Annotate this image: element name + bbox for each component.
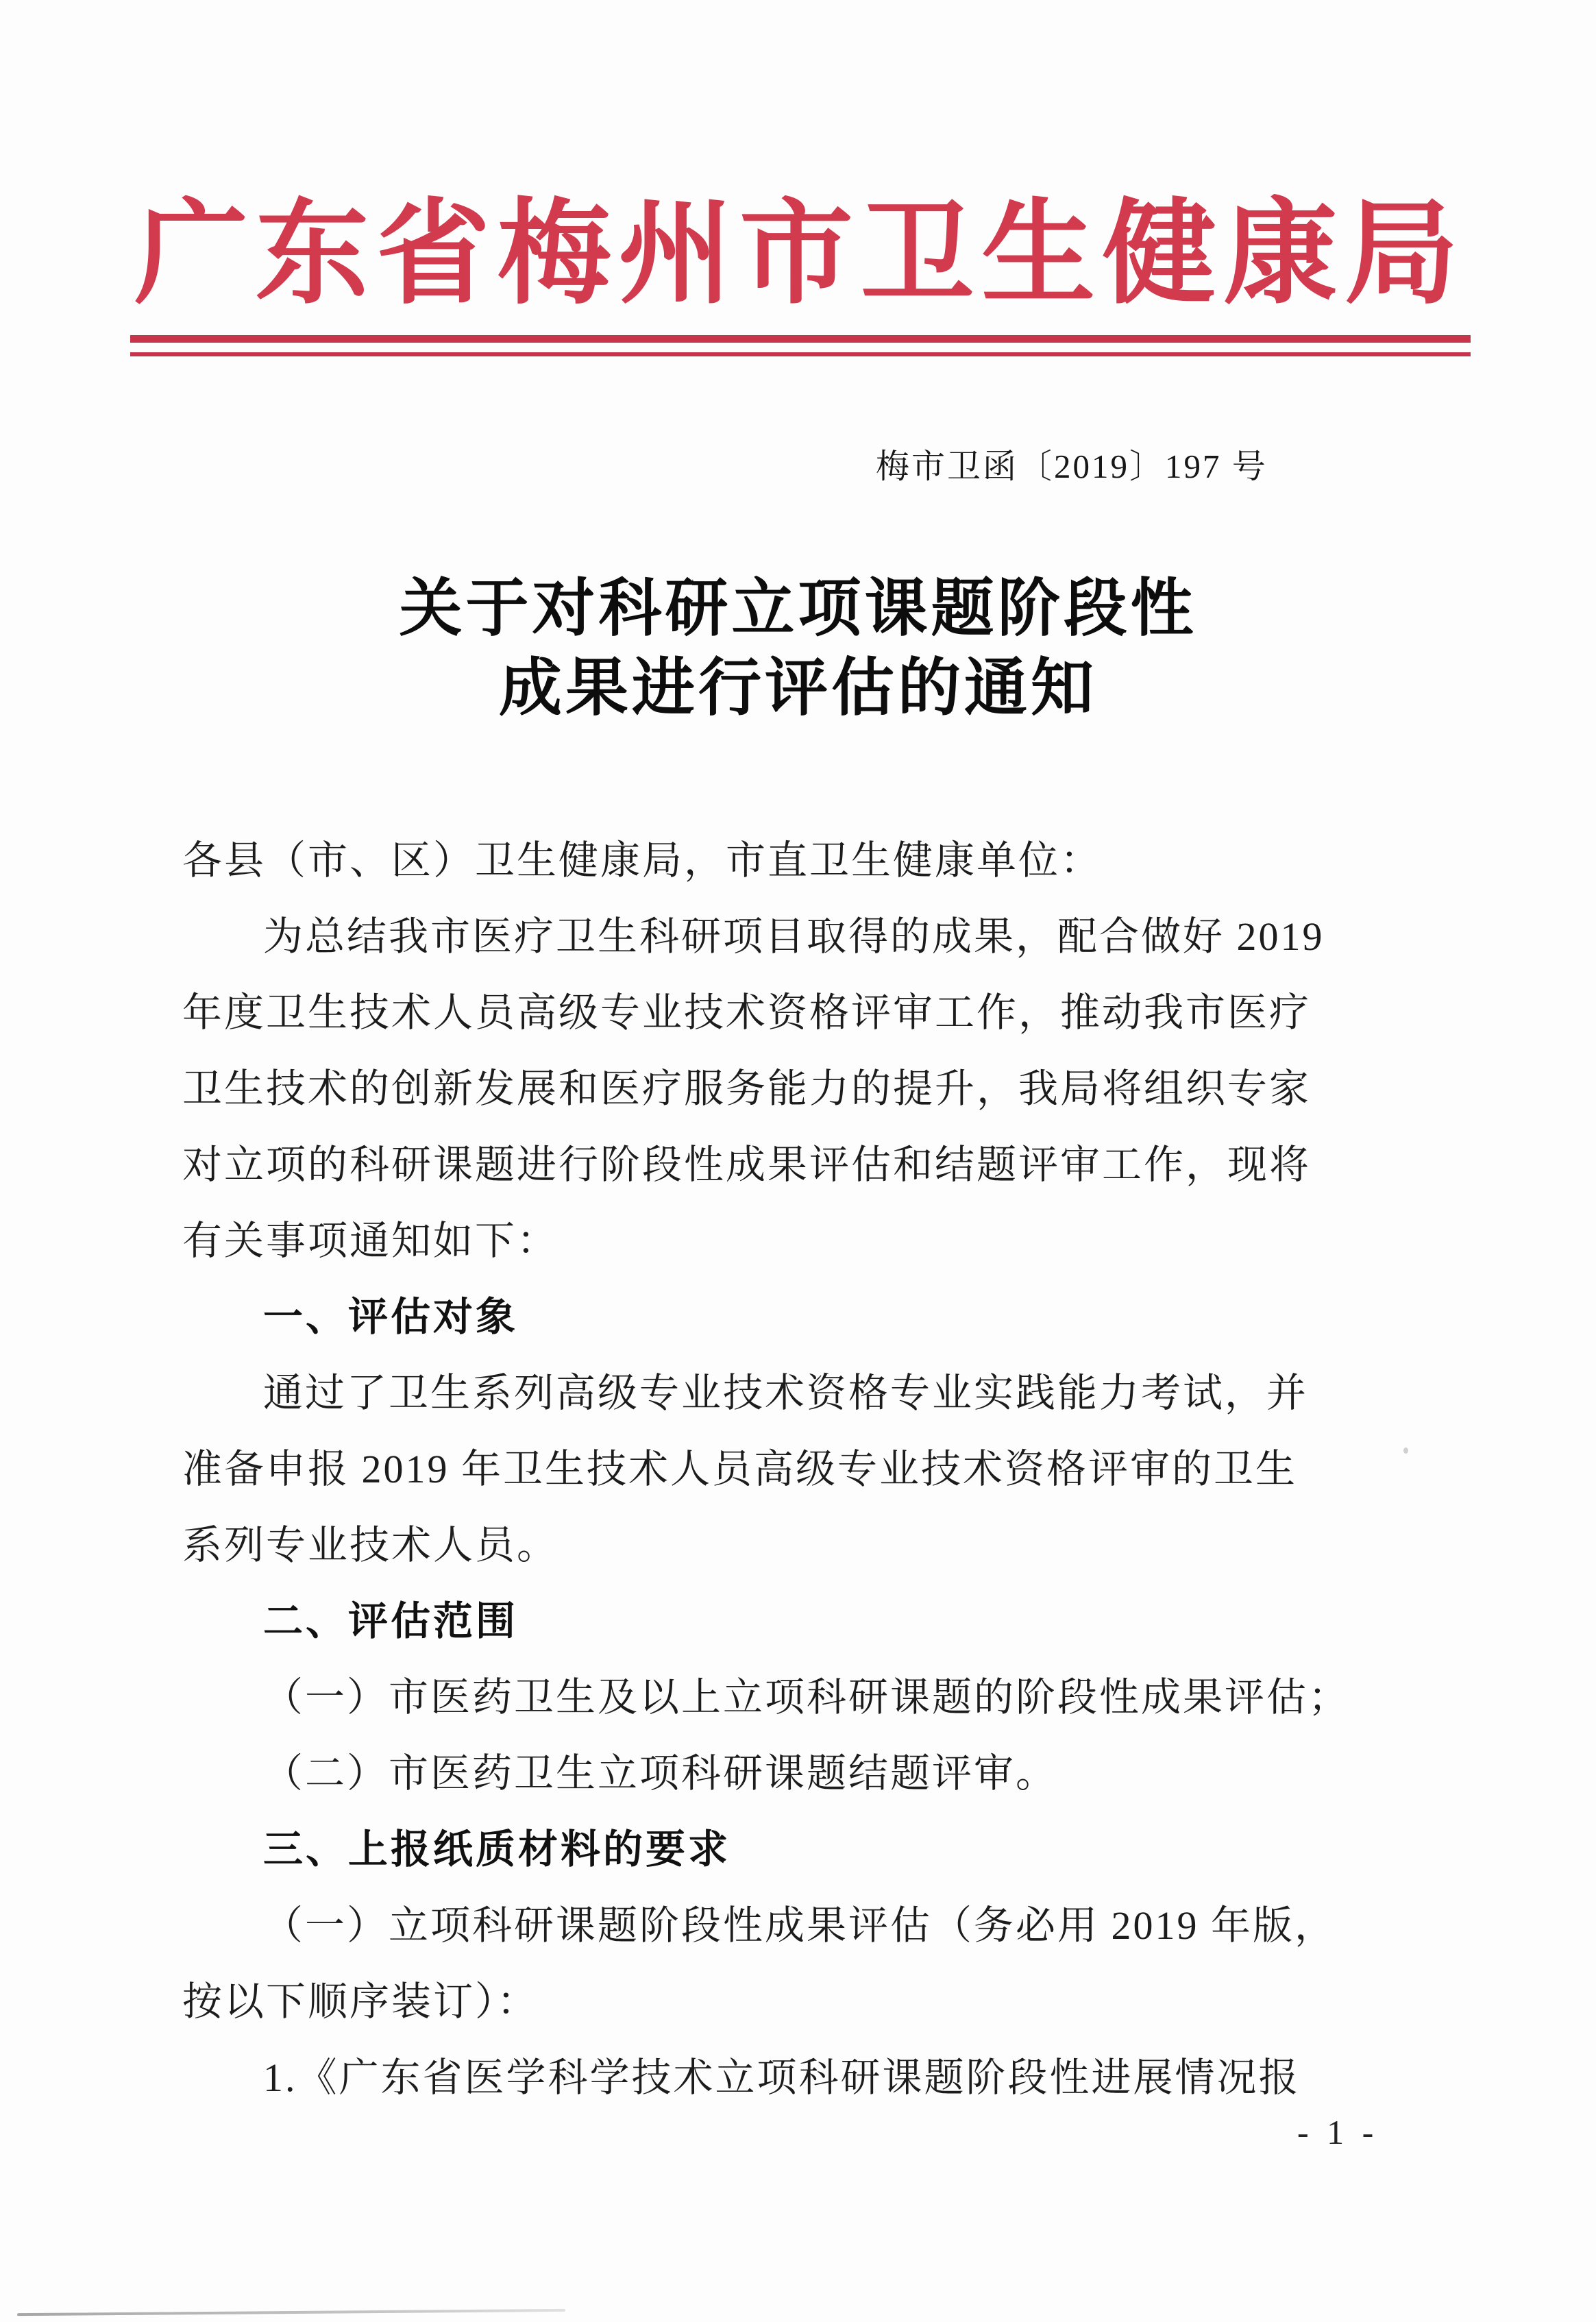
section-heading: 三、上报纸质材料的要求	[182, 1811, 1409, 1887]
body-line: 为总结我市医疗卫生科研项目取得的成果，配合做好 2019	[182, 899, 1409, 975]
scan-speck	[1403, 1447, 1408, 1454]
page-number: - 1 -	[1297, 2112, 1378, 2152]
body-line: 有关事项通知如下：	[182, 1203, 1409, 1279]
letterhead-char: 生	[981, 197, 1095, 311]
body-line: 各县（市、区）卫生健康局，市直卫生健康单位：	[182, 822, 1409, 899]
body-line: 按以下顺序装订）：	[182, 1964, 1409, 2040]
body-line: 通过了卫生系列高级专业技术资格专业实践能力考试，并	[182, 1355, 1409, 1431]
letterhead-char: 局	[1345, 197, 1458, 311]
document-title-line2: 成果进行评估的通知	[0, 657, 1596, 720]
body-line: （二）市医药卫生立项科研课题结题评审。	[182, 1735, 1409, 1811]
letterhead-char: 广	[134, 197, 248, 311]
letterhead-char: 市	[739, 197, 853, 311]
letterhead-char: 省	[376, 197, 490, 311]
body-line: 卫生技术的创新发展和医疗服务能力的提升，我局将组织专家	[182, 1051, 1409, 1127]
document-title-line1: 关于对科研立项课题阶段性	[0, 577, 1596, 640]
body-line: （一）立项科研课题阶段性成果评估（务必用 2019 年版，	[182, 1887, 1409, 1964]
section-heading: 二、评估范围	[182, 1583, 1409, 1659]
section-heading: 一、评估对象	[182, 1279, 1409, 1355]
letterhead-char: 卫	[861, 197, 974, 311]
letterhead-agency-name: 广东省梅州市卫生健康局	[134, 191, 1458, 317]
scan-artifact-line	[17, 2309, 565, 2316]
body-line: 对立项的科研课题进行阶段性成果评估和结题评审工作，现将	[182, 1127, 1409, 1203]
body-line: 准备申报 2019 年卫生技术人员高级专业技术资格评审的卫生	[182, 1431, 1409, 1507]
letterhead-char: 康	[1223, 197, 1337, 311]
letterhead-char: 东	[256, 197, 369, 311]
body-line: 1.《广东省医学科学技术立项科研课题阶段性进展情况报	[182, 2040, 1409, 2116]
scanned-notice-page: 广东省梅州市卫生健康局 梅市卫函〔2019〕197 号 关于对科研立项课题阶段性…	[0, 0, 1596, 2322]
body-line: 系列专业技术人员。	[182, 1507, 1409, 1583]
letterhead-char: 梅	[498, 197, 611, 311]
document-body: 各县（市、区）卫生健康局，市直卫生健康单位：为总结我市医疗卫生科研项目取得的成果…	[182, 822, 1409, 2116]
letterhead-char: 州	[618, 197, 732, 311]
letterhead-rule-thick	[130, 335, 1471, 343]
body-line: 年度卫生技术人员高级专业技术资格评审工作，推动我市医疗	[182, 975, 1409, 1051]
letterhead-char: 健	[1103, 197, 1216, 311]
doc-number: 梅市卫函〔2019〕197 号	[876, 440, 1268, 488]
letterhead-rule-thin	[130, 352, 1471, 356]
body-line: （一）市医药卫生及以上立项科研课题的阶段性成果评估；	[182, 1659, 1409, 1735]
